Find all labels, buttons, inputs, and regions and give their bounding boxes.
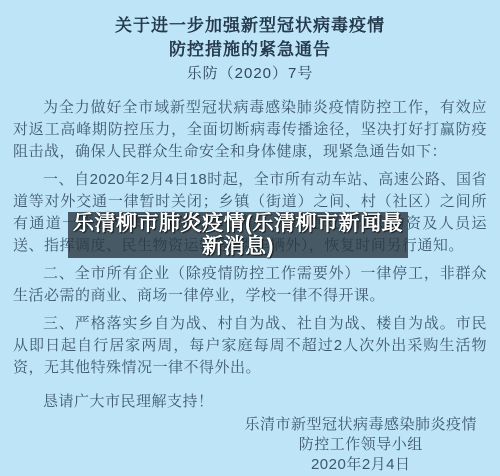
notice-title-line1: 关于进一步加强新型冠状病毒疫情 [13, 14, 487, 38]
signature-org-line1: 乐清市新型冠状病毒感染肺炎疫情 [244, 415, 477, 435]
notice-image: 关于进一步加强新型冠状病毒疫情 防控措施的紧急通告 乐防（2020）7号 为全力… [0, 0, 500, 476]
notice-title-line2: 防控措施的紧急通告 [13, 38, 487, 61]
caption-overlay-line2: 新消息) [202, 235, 274, 258]
closing-line: 恳请广大市民理解支持！ [13, 391, 487, 413]
notice-item-3: 三、严格落实乡自为战、村自为战、社自为战、楼自为战。市民从即日起自行居家两周，每… [13, 313, 487, 379]
caption-overlay-line1: 乐清柳市肺炎疫情(乐清柳市新闻最 [73, 212, 403, 235]
signature-org-line2: 防控工作领导小组 [244, 435, 477, 455]
signature-block: 乐清市新型冠状病毒感染肺炎疫情 防控工作领导小组 2020年2月4日 [244, 415, 477, 475]
document-number: 乐防（2020）7号 [13, 63, 487, 84]
signature-date: 2020年2月4日 [244, 455, 477, 475]
caption-overlay-band: 乐清柳市肺炎疫情(乐清柳市新闻最 新消息) [68, 212, 408, 258]
intro-paragraph: 为全力做好全市域新型冠状病毒感染肺炎疫情防控工作，有效应对返工高峰期防控压力，全… [13, 97, 487, 163]
notice-item-2: 二、全市所有企业（除疫情防控工作需要外）一律停工，非群众生活必需的商业、商场一律… [13, 263, 487, 307]
